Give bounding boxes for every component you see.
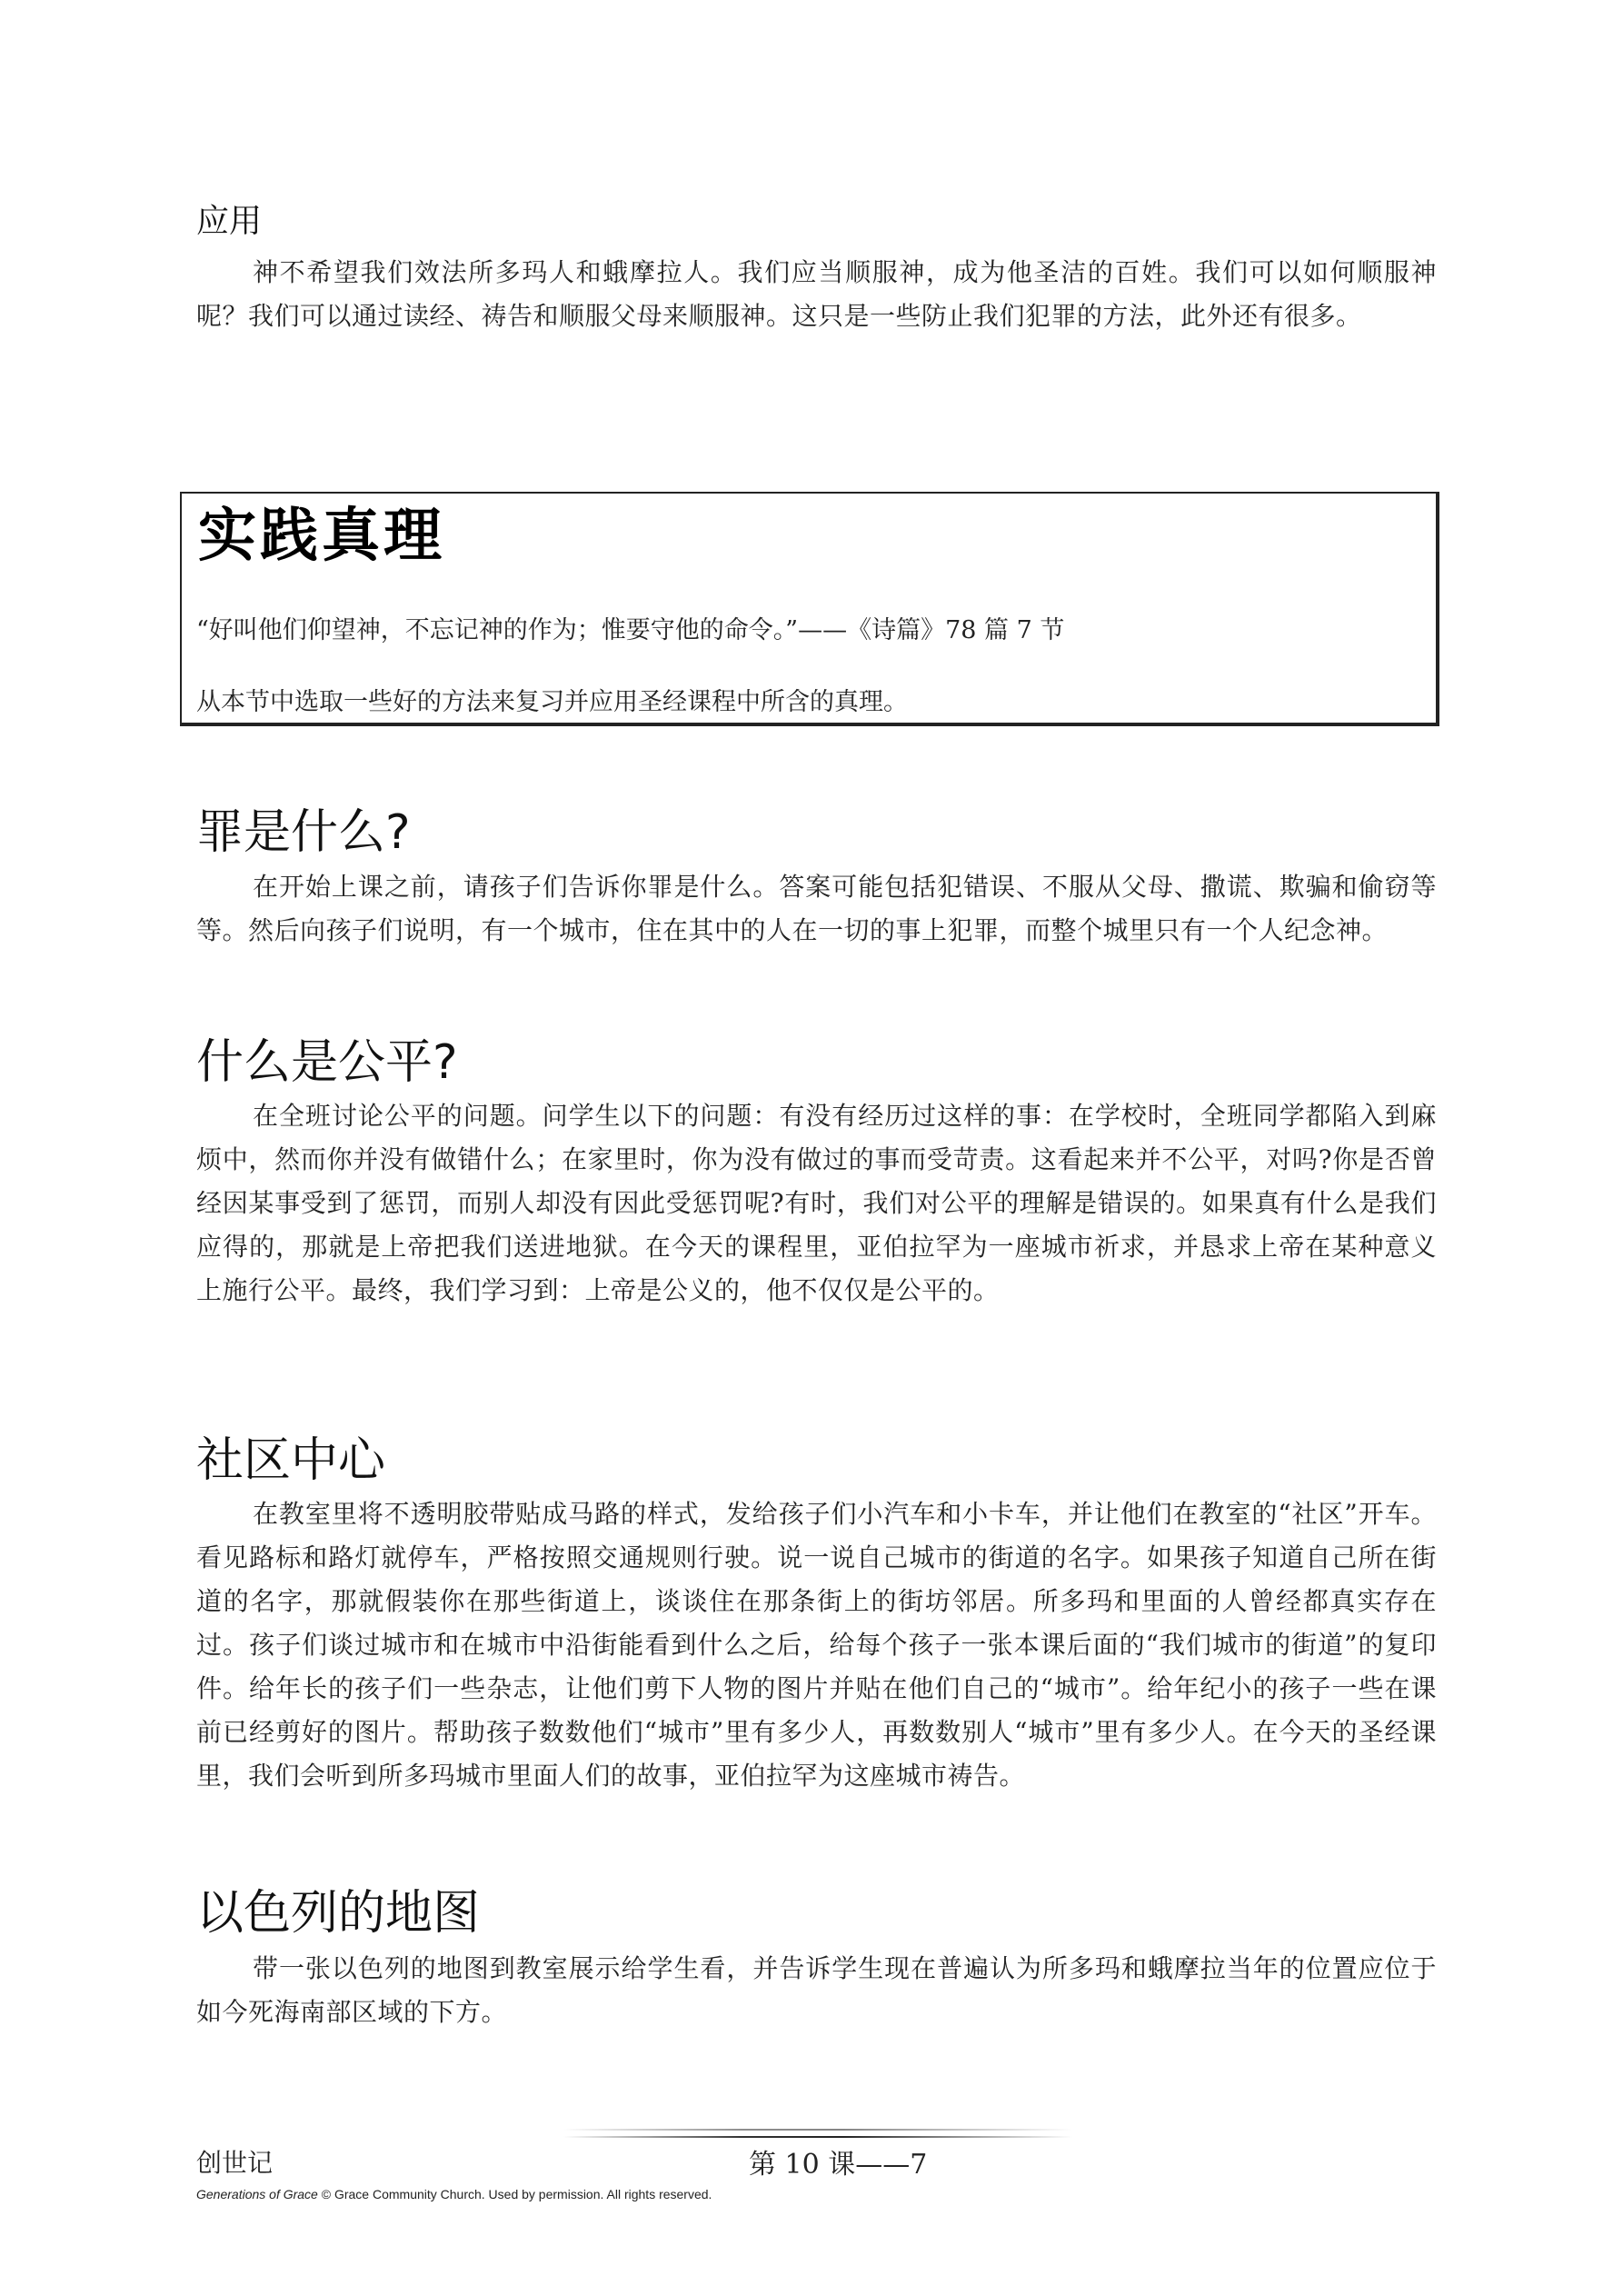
footer-copyright: Generations of Grace © Grace Community C… bbox=[196, 2187, 712, 2201]
footer-decorative-line-top bbox=[563, 2129, 1072, 2131]
footer-book-title: 创世记 bbox=[196, 2143, 273, 2180]
practice-truth-title: 实践真理 bbox=[198, 500, 445, 573]
paragraph-community-center: 在教室里将不透明胶带贴成马路的样式，发给孩子们小汽车和小卡车，并让他们在教室的“… bbox=[196, 1492, 1437, 1798]
paragraph-what-is-sin: 在开始上课之前，请孩子们告诉你罪是什么。答案可能包括犯错误、不服从父母、撒谎、欺… bbox=[196, 865, 1437, 953]
paragraph-application: 神不希望我们效法所多玛人和蛾摩拉人。我们应当顺服神，成为他圣洁的百姓。我们可以如… bbox=[196, 251, 1437, 338]
paragraph-map-of-israel: 带一张以色列的地图到教室展示给学生看，并告诉学生现在普遍认为所多玛和蛾摩拉当年的… bbox=[196, 1947, 1437, 2034]
heading-community-center: 社区中心 bbox=[196, 1433, 385, 1489]
practice-truth-instruction: 从本节中选取一些好的方法来复习并应用圣经课程中所含的真理。 bbox=[196, 686, 908, 719]
heading-what-is-sin: 罪是什么? bbox=[196, 804, 411, 861]
copyright-program-name: Generations of Grace bbox=[196, 2187, 318, 2201]
footer-page-number: 第 10 课——7 bbox=[749, 2141, 927, 2181]
heading-map-of-israel: 以色列的地图 bbox=[196, 1885, 480, 1942]
footer-decorative-line-bottom bbox=[563, 2136, 1072, 2138]
practice-truth-verse: “好叫他们仰望神，不忘记神的作为；惟要守他的命令。”——《诗篇》78 篇 7 节 bbox=[196, 614, 1064, 647]
paragraph-what-is-fair: 在全班讨论公平的问题。问学生以下的问题：有没有经历过这样的事：在学校时，全班同学… bbox=[196, 1094, 1437, 1313]
heading-application: 应用 bbox=[196, 202, 262, 242]
copyright-notice: © Grace Community Church. Used by permis… bbox=[318, 2187, 712, 2201]
heading-what-is-fair: 什么是公平? bbox=[196, 1034, 458, 1091]
